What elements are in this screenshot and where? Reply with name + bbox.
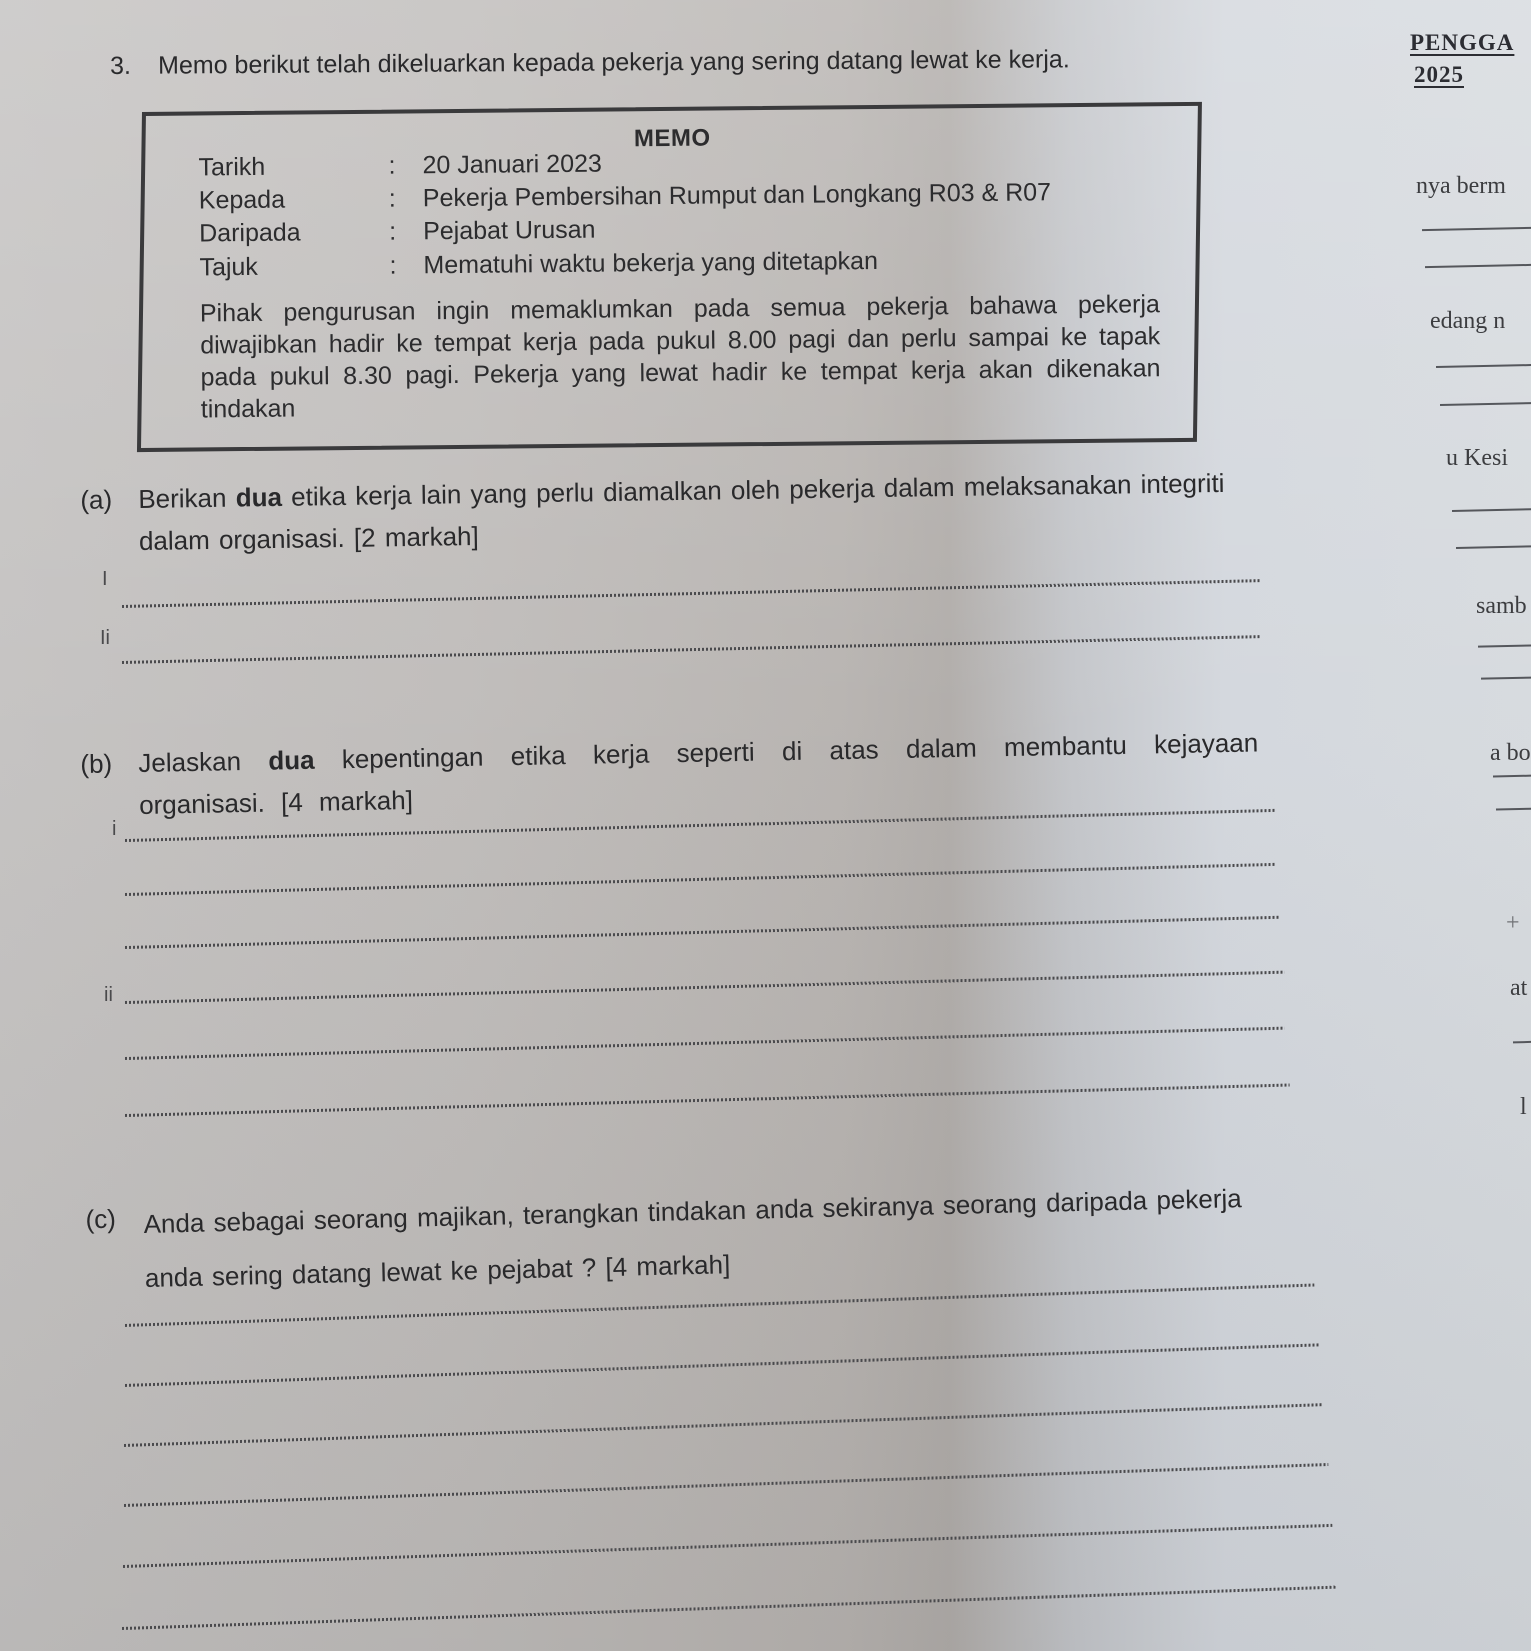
adjacent-page-line xyxy=(1493,775,1531,778)
adjacent-page-header-title: PENGGA xyxy=(1410,30,1514,56)
adjacent-page-fragment: u Kesi xyxy=(1446,445,1508,472)
answer-line[interactable] xyxy=(124,1403,1323,1447)
adjacent-page-line xyxy=(1436,364,1531,368)
memo-field-colon: : xyxy=(389,184,423,213)
adjacent-page-line xyxy=(1456,545,1531,549)
question-number: 3. xyxy=(110,52,158,81)
answer-marker: ii xyxy=(104,984,113,1007)
part-text: Jelaskan dua kepentingan etika kerja sep… xyxy=(138,721,1259,826)
answer-line[interactable] xyxy=(125,971,1285,1004)
part-text: Anda sebagai seorang majikan, terangkan … xyxy=(143,1170,1295,1305)
adjacent-page-fragment: + xyxy=(1506,910,1520,937)
part-text-after: etika kerja lain yang perlu diamalkan ol… xyxy=(139,468,1225,556)
adjacent-page-fragment: samb xyxy=(1476,593,1527,620)
memo-field-value: 20 Januari 2023 xyxy=(422,150,602,180)
part-text: Berikan dua etika kerja lain yang perlu … xyxy=(138,462,1239,562)
memo-field-colon: : xyxy=(389,251,423,280)
memo-field-label: Tajuk xyxy=(199,252,389,283)
adjacent-page-line xyxy=(1481,676,1531,679)
adjacent-page-line xyxy=(1440,402,1531,406)
adjacent-page-header-year: 2025 xyxy=(1414,62,1464,88)
part-label: (a) xyxy=(80,478,112,520)
memo-field-value: Pejabat Urusan xyxy=(423,216,596,246)
answer-line[interactable] xyxy=(122,1586,1336,1630)
adjacent-page: PENGGA 2025 nya berm edang n u Kesi samb… xyxy=(1370,0,1531,1651)
part-text-before: Jelaskan xyxy=(138,746,268,778)
answer-line[interactable] xyxy=(125,863,1275,896)
memo-field-subject: Tajuk:Mematuhi waktu bekerja yang diteta… xyxy=(199,247,878,283)
answer-line[interactable] xyxy=(125,1343,1319,1387)
answer-line[interactable] xyxy=(124,1463,1328,1507)
memo-field-label: Tarikh xyxy=(198,152,388,183)
adjacent-page-fragment: nya berm xyxy=(1416,173,1506,200)
part-text-before: Berikan xyxy=(138,483,236,514)
adjacent-page-fragment: l xyxy=(1520,1094,1527,1121)
part-text-emphasis: dua xyxy=(268,745,315,776)
answer-line[interactable] xyxy=(122,579,1260,608)
adjacent-page-line xyxy=(1478,644,1531,647)
memo-field-label: Daripada xyxy=(199,218,389,249)
answer-line[interactable] xyxy=(125,1084,1290,1117)
question-intro-text: Memo berikut telah dikeluarkan kepada pe… xyxy=(158,45,1070,79)
memo-field-label: Kepada xyxy=(199,185,389,216)
answer-line[interactable] xyxy=(123,1524,1332,1568)
memo-field-to: Kepada:Pekerja Pembersihan Rumput dan Lo… xyxy=(199,178,1051,215)
adjacent-page-line xyxy=(1513,1041,1531,1044)
memo-field-value: Mematuhi waktu bekerja yang ditetapkan xyxy=(423,247,878,279)
adjacent-page-line xyxy=(1496,808,1531,811)
adjacent-page-line xyxy=(1422,227,1531,231)
question-part-a: (a) Berikan dua etika kerja lain yang pe… xyxy=(138,462,1239,562)
part-text-emphasis: dua xyxy=(235,482,282,513)
answer-marker: Ii xyxy=(100,627,110,650)
adjacent-page-fragment: edang n xyxy=(1430,308,1505,335)
adjacent-page-fragment: a bo xyxy=(1490,740,1531,767)
memo: MEMO Tarikh:20 Januari 2023 Kepada:Peker… xyxy=(142,102,1205,452)
memo-field-value: Pekerja Pembersihan Rumput dan Longkang … xyxy=(423,178,1051,212)
answer-line[interactable] xyxy=(122,635,1260,664)
adjacent-page-line xyxy=(1452,508,1531,512)
answer-line[interactable] xyxy=(125,916,1280,949)
adjacent-page-fragment: at xyxy=(1510,975,1527,1002)
answer-marker: i xyxy=(112,818,116,841)
answer-marker: I xyxy=(102,568,108,591)
answer-line[interactable] xyxy=(125,1027,1285,1060)
memo-field-from: Daripada:Pejabat Urusan xyxy=(199,216,596,249)
question-part-c: (c) Anda sebagai seorang majikan, terang… xyxy=(143,1170,1295,1305)
question-part-b: (b) Jelaskan dua kepentingan etika kerja… xyxy=(138,721,1259,826)
memo-field-colon: : xyxy=(389,217,423,246)
memo-field-date: Tarikh:20 Januari 2023 xyxy=(198,150,602,183)
question-intro: 3.Memo berikut telah dikeluarkan kepada … xyxy=(110,45,1070,81)
part-label: (c) xyxy=(85,1198,116,1241)
memo-body: Pihak pengurusan ingin memaklumkan pada … xyxy=(200,288,1161,425)
memo-field-colon: : xyxy=(388,151,422,180)
part-label: (b) xyxy=(80,742,113,785)
adjacent-page-line xyxy=(1425,264,1531,268)
